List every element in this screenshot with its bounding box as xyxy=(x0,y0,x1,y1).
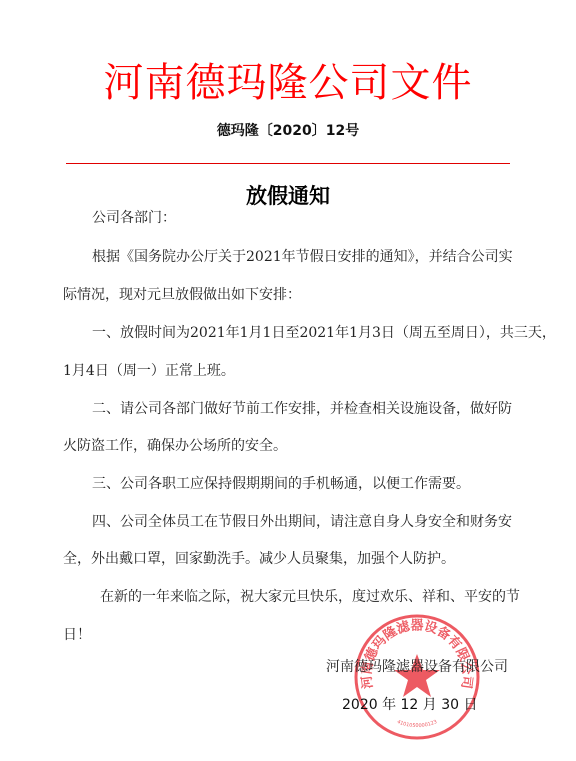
signature-date: 2020 年 12 月 30 日 xyxy=(342,694,478,714)
paragraph-line: 四、公司全体员工在节假日外出期间，请注意自身人身安全和财务安 xyxy=(92,513,512,531)
paragraph-line: 根据《国务院办公厅关于2021年节假日安排的通知》，并结合公司实 xyxy=(92,248,513,266)
salutation: 公司各部门： xyxy=(92,209,176,227)
header-title: 河南德玛隆公司文件 xyxy=(0,58,576,108)
company-seal-icon: 河南德玛隆滤器设备有限公司 4101050000123 xyxy=(352,612,482,742)
paragraph-line: 日！ xyxy=(63,626,91,644)
signature-company: 河南德玛隆滤器设备有限公司 xyxy=(326,656,508,676)
paragraph-line: 二、请公司各部门做好节前工作安排，并检查相关设施设备，做好防 xyxy=(92,400,512,418)
paragraph-line: 三、公司各职工应保持假期期间的手机畅通，以便工作需要。 xyxy=(92,475,470,493)
paragraph-line: 火防盗工作，确保办公场所的安全。 xyxy=(63,437,287,455)
svg-text:4101050000123: 4101050000123 xyxy=(396,719,438,729)
paragraph-line: 际情况，现对元旦放假做出如下安排： xyxy=(63,286,301,304)
paragraph-line: 在新的一年来临之际，祝大家元旦快乐，度过欢乐、祥和、平安的节 xyxy=(100,588,520,606)
paragraph-line: 1月4日（周一）正常上班。 xyxy=(63,362,235,380)
red-divider xyxy=(66,163,510,164)
paragraph-line: 全，外出戴口罩，回家勤洗手。减少人员聚集，加强个人防护。 xyxy=(63,550,455,568)
notice-title: 放假通知 xyxy=(0,180,576,210)
document-number: 德玛隆〔2020〕12号 xyxy=(0,120,576,140)
paragraph-line: 一、放假时间为2021年1月1日至2021年1月3日（周五至周日），共三天， xyxy=(92,324,556,342)
